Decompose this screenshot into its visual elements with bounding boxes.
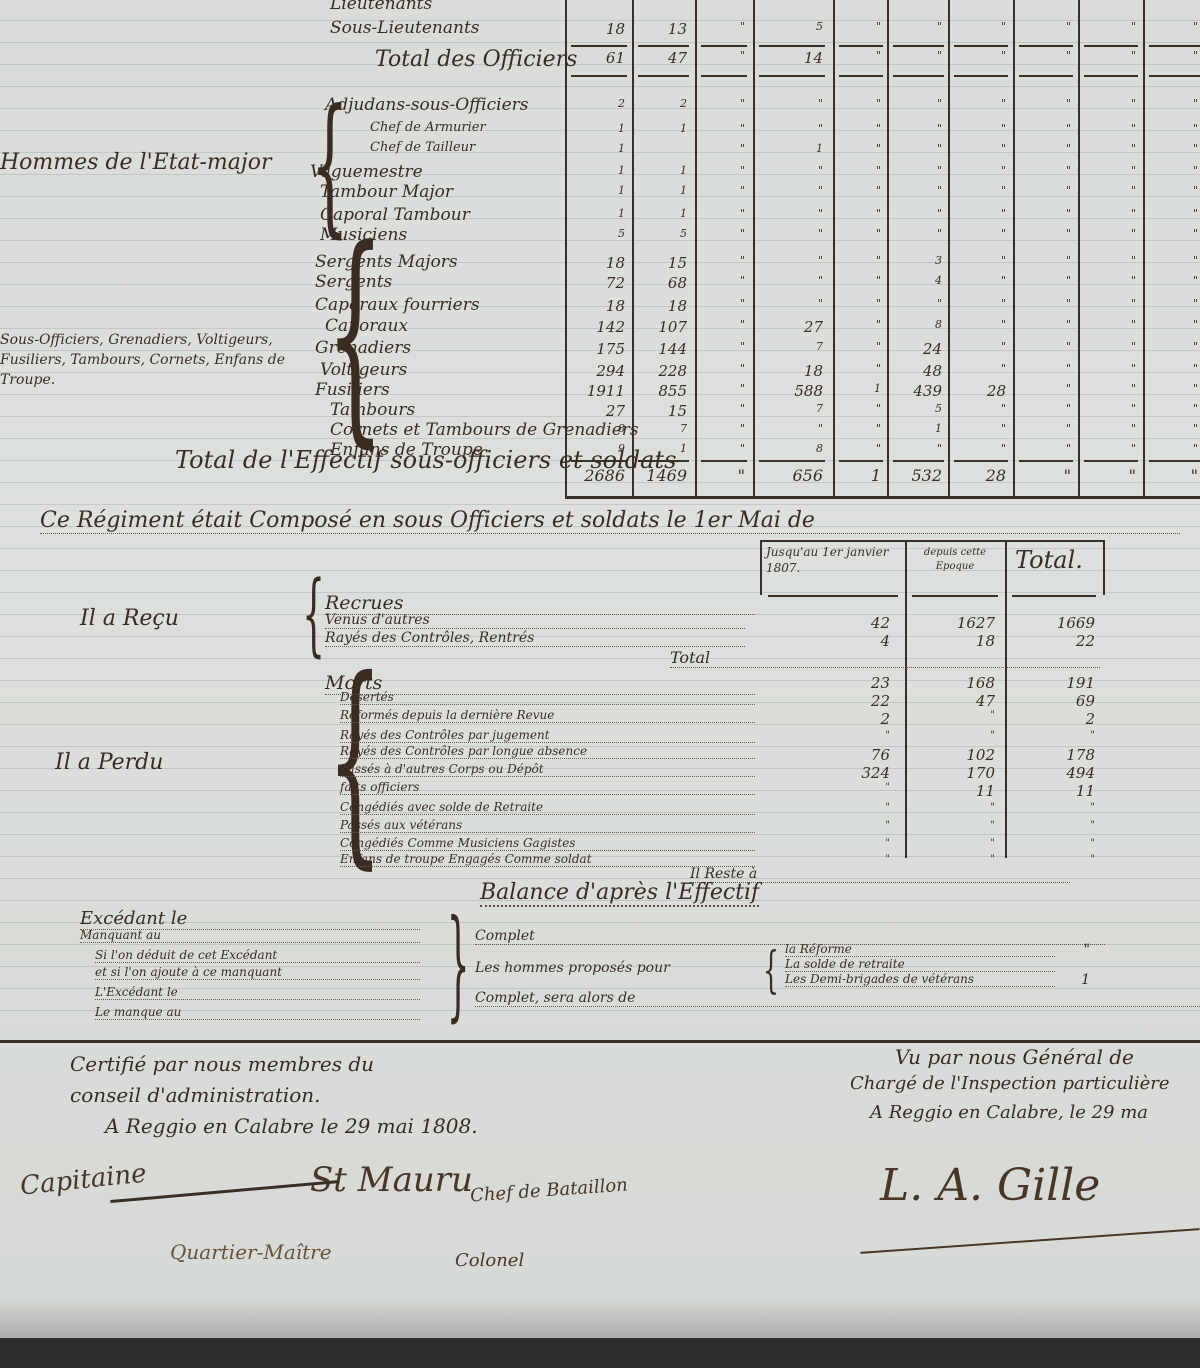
table-cell: " bbox=[1078, 122, 1136, 135]
cert-right-line-2: Chargé de l'Inspection particulière bbox=[850, 1073, 1169, 1094]
table-cell: " bbox=[1078, 382, 1136, 395]
table-cell: " bbox=[1143, 184, 1198, 197]
table-cell: 18 bbox=[565, 297, 625, 315]
table-cell: " bbox=[695, 97, 745, 110]
proposed-item-label: la Réforme bbox=[785, 942, 1055, 957]
lost-cell: 11 bbox=[1010, 782, 1095, 800]
table-cell: 28 bbox=[948, 382, 1006, 400]
table-cell: " bbox=[833, 207, 881, 220]
group-label-troupe: Sous-Officiers, Grenadiers, Voltigeurs, … bbox=[0, 330, 290, 390]
table-cell: 5 bbox=[632, 227, 687, 240]
table-cell: " bbox=[1143, 274, 1198, 287]
table-cell: " bbox=[887, 442, 942, 455]
table-cell: " bbox=[1143, 20, 1198, 33]
table-cell: " bbox=[1013, 254, 1071, 267]
table-cell: " bbox=[887, 20, 942, 33]
received-row-label: Venus d'autres bbox=[325, 612, 745, 629]
table-cell: " bbox=[1078, 422, 1136, 435]
table-cell: " bbox=[833, 122, 881, 135]
header-until-1807: Jusqu'au 1er janvier 1807. bbox=[766, 544, 901, 576]
received-cell: 1669 bbox=[1010, 614, 1095, 632]
table-cell: " bbox=[948, 97, 1006, 110]
table-cell: " bbox=[753, 164, 823, 177]
cert-left-line-3: A Reggio en Calabre le 29 mai 1808. bbox=[105, 1114, 478, 1138]
total-rule bbox=[701, 45, 747, 47]
table-cell: 855 bbox=[632, 382, 687, 400]
table-cell: " bbox=[1143, 97, 1198, 110]
table-cell: " bbox=[1013, 382, 1071, 395]
table-cell: " bbox=[1143, 422, 1198, 435]
table-cell: 1 bbox=[632, 207, 687, 220]
table-cell: " bbox=[1078, 297, 1136, 310]
balance-proposed-label: Les hommes proposés pour bbox=[475, 960, 670, 976]
lost-cell: 69 bbox=[1010, 692, 1095, 710]
table-row-label: Sous-Lieutenants bbox=[330, 18, 480, 38]
group-label-etat-major: Hommes de l'Etat-major bbox=[0, 150, 272, 175]
table-cell: " bbox=[695, 20, 745, 33]
table-cell: " bbox=[1013, 207, 1071, 220]
table-cell: 24 bbox=[887, 340, 942, 358]
total-rule bbox=[638, 75, 689, 77]
table-cell: " bbox=[1143, 164, 1198, 177]
grand-total-cell: " bbox=[1078, 466, 1136, 485]
table-cell: " bbox=[1078, 318, 1136, 331]
lost-cell: " bbox=[1010, 838, 1095, 849]
table-cell: 8 bbox=[887, 318, 942, 331]
table-row-label: Adjudans-sous-Officiers bbox=[325, 95, 528, 115]
signature-general: L. A. Gille bbox=[880, 1160, 1100, 1211]
lost-cell: " bbox=[1010, 802, 1095, 813]
total-rule bbox=[759, 75, 825, 77]
table-cell: " bbox=[833, 422, 881, 435]
table-cell: " bbox=[753, 122, 823, 135]
table-cell: " bbox=[948, 20, 1006, 33]
table-cell: " bbox=[1078, 142, 1136, 155]
table-cell: " bbox=[695, 49, 745, 62]
table-cell: 9 bbox=[565, 442, 625, 455]
grand-total-cell: 2686 bbox=[565, 466, 625, 485]
table-cell: " bbox=[833, 97, 881, 110]
table-cell: " bbox=[695, 164, 745, 177]
table-cell: " bbox=[948, 318, 1006, 331]
header-underline bbox=[768, 595, 898, 597]
table-cell: " bbox=[1013, 164, 1071, 177]
lost-cell: 102 bbox=[910, 746, 995, 764]
total-rule bbox=[701, 460, 747, 462]
total-rule bbox=[954, 75, 1008, 77]
total-rule bbox=[571, 460, 627, 462]
table-cell: " bbox=[1078, 442, 1136, 455]
table-cell: 18 bbox=[753, 362, 823, 380]
table-cell: " bbox=[948, 422, 1006, 435]
table-cell: 27 bbox=[753, 318, 823, 336]
table-cell: 1 bbox=[565, 122, 625, 135]
table-cell: " bbox=[695, 274, 745, 287]
total-rule bbox=[1149, 460, 1200, 462]
table-cell: " bbox=[1013, 297, 1071, 310]
table-cell: " bbox=[753, 97, 823, 110]
lost-cell: " bbox=[765, 854, 890, 865]
lost-cell: " bbox=[1010, 854, 1095, 865]
total-rule bbox=[638, 45, 689, 47]
table-cell: " bbox=[695, 442, 745, 455]
total-rule bbox=[701, 75, 747, 77]
table-cell: 142 bbox=[565, 318, 625, 336]
balance-complet-sera: Complet, sera alors de bbox=[475, 990, 1200, 1007]
lost-cell: 324 bbox=[765, 764, 890, 782]
received-row-label: Rayés des Contrôles, Rentrés bbox=[325, 630, 745, 647]
lost-cell: " bbox=[765, 730, 890, 741]
total-rule bbox=[1149, 45, 1200, 47]
grand-total-cell: 1469 bbox=[632, 466, 687, 485]
table-cell: " bbox=[948, 184, 1006, 197]
lost-row-label: Réformés depuis la dernière Revue bbox=[340, 708, 755, 723]
table-cell: " bbox=[695, 402, 745, 415]
table-cell: " bbox=[1143, 122, 1198, 135]
table-cell: " bbox=[948, 142, 1006, 155]
grand-total-cell: " bbox=[1013, 466, 1071, 485]
table-cell: " bbox=[1013, 142, 1071, 155]
cert-left-line-2: conseil d'administration. bbox=[70, 1083, 321, 1107]
table-cell: " bbox=[833, 318, 881, 331]
lost-cell: 23 bbox=[765, 674, 890, 692]
lost-cell: 47 bbox=[910, 692, 995, 710]
grand-total-cell: 532 bbox=[887, 466, 942, 485]
table-cell: " bbox=[1143, 362, 1198, 375]
table-cell: 1 bbox=[565, 184, 625, 197]
table-cell: " bbox=[753, 297, 823, 310]
table-cell: 1 bbox=[632, 122, 687, 135]
table-cell: 15 bbox=[632, 254, 687, 272]
table-cell: " bbox=[695, 382, 745, 395]
table-cell: 8 bbox=[753, 442, 823, 455]
table-cell: " bbox=[1013, 97, 1071, 110]
table-cell: " bbox=[948, 207, 1006, 220]
table-cell: " bbox=[695, 142, 745, 155]
table-cell: " bbox=[753, 227, 823, 240]
table-cell: " bbox=[833, 164, 881, 177]
total-rule bbox=[954, 460, 1008, 462]
cert-right-line-1: Vu par nous Général de bbox=[895, 1045, 1134, 1069]
total-rule bbox=[571, 75, 627, 77]
lost-cell: 76 bbox=[765, 746, 890, 764]
table-cell: 2 bbox=[632, 97, 687, 110]
table-cell: " bbox=[753, 274, 823, 287]
signature-flourish bbox=[860, 1228, 1199, 1254]
table-cell: " bbox=[1013, 227, 1071, 240]
table-cell: " bbox=[1078, 207, 1136, 220]
table-cell: " bbox=[753, 254, 823, 267]
table-cell: 1 bbox=[632, 184, 687, 197]
table-cell: " bbox=[1143, 207, 1198, 220]
lost-cell: " bbox=[910, 820, 995, 831]
table-cell: " bbox=[833, 442, 881, 455]
table-cell: " bbox=[1143, 227, 1198, 240]
total-rule bbox=[839, 460, 883, 462]
table-cell: " bbox=[1143, 297, 1198, 310]
table-row-label: Total des Officiers bbox=[375, 47, 577, 72]
table-cell: " bbox=[833, 142, 881, 155]
grand-total-cell: " bbox=[695, 466, 745, 485]
lost-cell: " bbox=[1010, 730, 1095, 741]
received-cell: 42 bbox=[765, 614, 890, 632]
table-cell: " bbox=[887, 122, 942, 135]
table-top-border bbox=[760, 540, 1105, 542]
lost-row-label: Passés aux vétérans bbox=[340, 818, 755, 833]
table-row-label: Chef de Tailleur bbox=[370, 140, 475, 155]
table-cell: " bbox=[1013, 184, 1071, 197]
table-cell: " bbox=[1013, 49, 1071, 62]
table-cell: " bbox=[948, 362, 1006, 375]
table-cell: 144 bbox=[632, 340, 687, 358]
table-cell: 439 bbox=[887, 382, 942, 400]
column-divider bbox=[760, 540, 762, 595]
balance-left-item: et si l'on ajoute à ce manquant bbox=[95, 965, 420, 980]
total-rule bbox=[638, 460, 689, 462]
table-cell: " bbox=[948, 442, 1006, 455]
column-divider bbox=[1005, 540, 1007, 858]
table-cell: 107 bbox=[632, 318, 687, 336]
table-cell: " bbox=[948, 227, 1006, 240]
table-cell: " bbox=[695, 122, 745, 135]
total-rule bbox=[839, 45, 883, 47]
header-since-epoch: depuis cette Epoque bbox=[910, 546, 1000, 574]
table-bottom-border bbox=[565, 496, 1200, 499]
lost-row-label: Passés à d'autres Corps ou Dépôt bbox=[340, 762, 755, 777]
table-cell: " bbox=[1143, 254, 1198, 267]
table-cell: " bbox=[695, 207, 745, 220]
lost-row-label: Congédiés Comme Musiciens Gagistes bbox=[340, 836, 755, 851]
table-cell: " bbox=[887, 49, 942, 62]
grand-total-cell: " bbox=[1143, 466, 1198, 485]
lost-cell: " bbox=[910, 730, 995, 741]
signature-5: Quartier-Maître bbox=[170, 1240, 332, 1264]
total-rule bbox=[1019, 45, 1073, 47]
total-rule bbox=[954, 45, 1008, 47]
lost-row-label: Rayés des Contrôles par jugement bbox=[340, 728, 755, 743]
table-cell: 47 bbox=[632, 49, 687, 67]
proposed-item-value: 1 bbox=[1060, 972, 1090, 988]
lost-cell: " bbox=[910, 838, 995, 849]
table-cell: 61 bbox=[565, 49, 625, 67]
balance-left-item: Manquant au bbox=[80, 928, 420, 943]
table-cell: " bbox=[1078, 362, 1136, 375]
lost-row-label: faits officiers bbox=[340, 780, 755, 795]
total-rule bbox=[893, 75, 944, 77]
lost-row-label: Congédiés avec solde de Retraite bbox=[340, 800, 755, 815]
table-cell: 175 bbox=[565, 340, 625, 358]
header-underline bbox=[912, 595, 998, 597]
table-cell: " bbox=[753, 207, 823, 220]
table-cell: 18 bbox=[565, 254, 625, 272]
table-cell: " bbox=[948, 297, 1006, 310]
table-cell: " bbox=[753, 184, 823, 197]
brace-balance: } bbox=[447, 905, 470, 1025]
table-cell: " bbox=[1143, 442, 1198, 455]
total-rule bbox=[1149, 75, 1200, 77]
table-cell: 1 bbox=[887, 422, 942, 435]
table-cell: 14 bbox=[753, 49, 823, 67]
table-cell: " bbox=[753, 422, 823, 435]
lost-cell: " bbox=[765, 838, 890, 849]
table-cell: " bbox=[1078, 402, 1136, 415]
table-cell: " bbox=[1013, 122, 1071, 135]
table-cell: " bbox=[948, 274, 1006, 287]
table-cell: " bbox=[948, 164, 1006, 177]
table-cell: " bbox=[1078, 340, 1136, 353]
table-cell: " bbox=[948, 122, 1006, 135]
table-cell: " bbox=[833, 254, 881, 267]
table-cell: " bbox=[1013, 422, 1071, 435]
table-cell: 18 bbox=[632, 297, 687, 315]
column-divider bbox=[1103, 540, 1105, 595]
table-cell: 4 bbox=[887, 274, 942, 287]
table-cell: 294 bbox=[565, 362, 625, 380]
table-cell: " bbox=[1078, 184, 1136, 197]
section-divider bbox=[0, 1040, 1200, 1043]
table-cell: " bbox=[948, 402, 1006, 415]
table-cell: 1 bbox=[565, 164, 625, 177]
table-cell: " bbox=[695, 362, 745, 375]
table-cell: 8 bbox=[565, 422, 625, 435]
table-cell: " bbox=[1143, 402, 1198, 415]
total-rule bbox=[759, 460, 825, 462]
table-cell: " bbox=[1143, 382, 1198, 395]
table-cell: " bbox=[1013, 362, 1071, 375]
total-rule bbox=[893, 45, 944, 47]
total-rule bbox=[1084, 45, 1138, 47]
table-cell: " bbox=[695, 318, 745, 331]
table-cell: 7 bbox=[753, 340, 823, 353]
lost-row-label: Désertés bbox=[340, 690, 755, 705]
table-cell: " bbox=[833, 362, 881, 375]
table-cell: 5 bbox=[753, 20, 823, 33]
table-row-label: Lieutenants bbox=[330, 0, 432, 14]
table-cell: " bbox=[1143, 340, 1198, 353]
brace-troupe: { bbox=[326, 220, 385, 450]
table-cell: " bbox=[1078, 254, 1136, 267]
table-cell: " bbox=[833, 49, 881, 62]
table-cell: 5 bbox=[565, 227, 625, 240]
table-cell: " bbox=[1143, 142, 1198, 155]
proposed-item-value: " bbox=[1060, 942, 1090, 958]
table-cell: " bbox=[1013, 318, 1071, 331]
total-rule bbox=[759, 45, 825, 47]
table-cell: 5 bbox=[887, 402, 942, 415]
table-cell: 1 bbox=[565, 142, 625, 155]
table-cell: 7 bbox=[632, 422, 687, 435]
brace-proposed: { bbox=[763, 945, 779, 995]
total-rule bbox=[1019, 460, 1073, 462]
table-cell: " bbox=[833, 340, 881, 353]
table-cell: " bbox=[948, 254, 1006, 267]
cert-right-line-3: A Reggio en Calabre, le 29 ma bbox=[870, 1102, 1148, 1123]
received-total-label: Total bbox=[670, 648, 1100, 668]
lost-cell: 178 bbox=[1010, 746, 1095, 764]
table-cell: " bbox=[695, 254, 745, 267]
received-cell: 1627 bbox=[910, 614, 995, 632]
table-cell: 1911 bbox=[565, 382, 625, 400]
signature-1: Capitaine bbox=[19, 1158, 148, 1201]
group-label-received: Il a Reçu bbox=[80, 606, 179, 631]
table-cell: " bbox=[833, 402, 881, 415]
table-cell: " bbox=[695, 184, 745, 197]
table-cell: 48 bbox=[887, 362, 942, 380]
group-label-lost: Il a Perdu bbox=[55, 750, 163, 775]
table-cell: " bbox=[1078, 20, 1136, 33]
lost-cell: 2 bbox=[1010, 710, 1095, 728]
table-cell: " bbox=[833, 20, 881, 33]
table-cell: " bbox=[1078, 49, 1136, 62]
table-row-label: Chef de Armurier bbox=[370, 120, 486, 135]
lost-cell: 11 bbox=[910, 782, 995, 800]
document-page: LieutenantsSous-LieutenantsTotal des Off… bbox=[0, 0, 1200, 1338]
ruled-line bbox=[0, 504, 1200, 505]
table-cell: " bbox=[695, 422, 745, 435]
table-cell: " bbox=[833, 227, 881, 240]
table-cell: 588 bbox=[753, 382, 823, 400]
table-cell: " bbox=[695, 297, 745, 310]
lost-cell: 170 bbox=[910, 764, 995, 782]
total-rule bbox=[571, 45, 627, 47]
table-cell: " bbox=[1013, 442, 1071, 455]
total-rule bbox=[1084, 460, 1138, 462]
signature-3: Chef de Bataillon bbox=[469, 1175, 628, 1207]
table-cell: " bbox=[1013, 274, 1071, 287]
table-cell: " bbox=[887, 142, 942, 155]
header-underline bbox=[1012, 595, 1096, 597]
proposed-item-label: Les Demi-brigades de vétérans bbox=[785, 972, 1055, 987]
total-rule bbox=[1084, 75, 1138, 77]
table-cell: " bbox=[1013, 402, 1071, 415]
lost-cell: 2 bbox=[765, 710, 890, 728]
table-cell: " bbox=[887, 97, 942, 110]
lost-cell: 494 bbox=[1010, 764, 1095, 782]
table-cell: 68 bbox=[632, 274, 687, 292]
table-cell: 1 bbox=[833, 382, 881, 395]
lost-cell: 191 bbox=[1010, 674, 1095, 692]
table-cell: " bbox=[887, 184, 942, 197]
lost-cell: " bbox=[910, 710, 995, 721]
table-cell: " bbox=[1078, 97, 1136, 110]
table-cell: 1 bbox=[632, 442, 687, 455]
table-cell: " bbox=[1013, 340, 1071, 353]
balance-left-item: Le manque au bbox=[95, 1005, 420, 1020]
table-cell: " bbox=[948, 49, 1006, 62]
table-cell: 1 bbox=[565, 207, 625, 220]
lost-row-label: Rayés des Contrôles par longue absence bbox=[340, 744, 755, 759]
table-cell: " bbox=[887, 207, 942, 220]
table-cell: 15 bbox=[632, 402, 687, 420]
table-cell: " bbox=[887, 227, 942, 240]
table-cell: " bbox=[948, 340, 1006, 353]
table-cell: " bbox=[695, 340, 745, 353]
table-cell: " bbox=[887, 297, 942, 310]
brace-received: { bbox=[302, 570, 325, 660]
table-cell: " bbox=[1078, 227, 1136, 240]
lost-cell: " bbox=[910, 854, 995, 865]
total-rule bbox=[893, 460, 944, 462]
table-cell: 3 bbox=[887, 254, 942, 267]
table-cell: 18 bbox=[565, 20, 625, 38]
table-cell: 228 bbox=[632, 362, 687, 380]
table-cell: " bbox=[833, 184, 881, 197]
table-cell: " bbox=[1143, 318, 1198, 331]
signature-4: Colonel bbox=[455, 1250, 524, 1271]
table-cell: 7 bbox=[753, 402, 823, 415]
table-cell: " bbox=[695, 227, 745, 240]
table-cell: " bbox=[1013, 20, 1071, 33]
